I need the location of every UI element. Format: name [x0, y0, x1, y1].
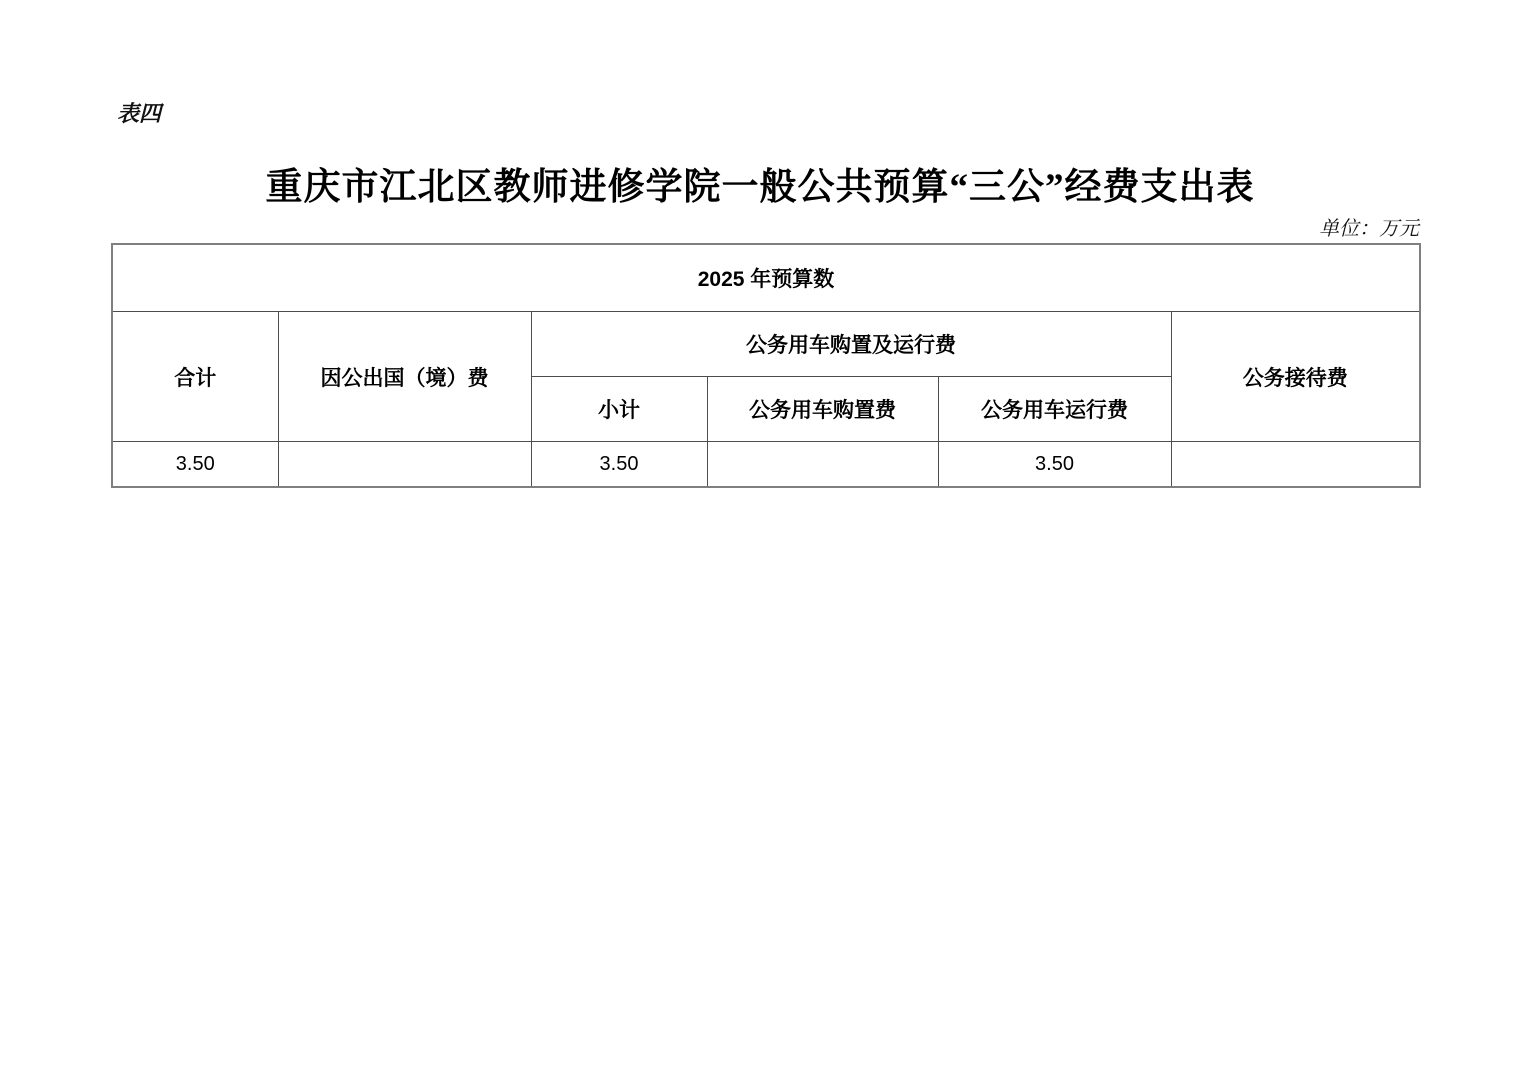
col-header-vehicle-purchase: 公务用车购置费	[707, 377, 938, 442]
unit-note: 单位：万元	[1319, 212, 1419, 241]
value-vehicle-purchase	[707, 442, 938, 488]
value-reception-fee	[1171, 442, 1420, 488]
col-header-vehicle-operation: 公务用车运行费	[938, 377, 1171, 442]
year-header-cell: 2025 年预算数	[112, 244, 1420, 312]
table-row-data: 3.50 3.50 3.50	[112, 442, 1420, 488]
col-header-vehicle-subtotal: 小计	[531, 377, 707, 442]
col-header-abroad-fee: 因公出国（境）费	[278, 312, 531, 442]
table-row-header-top: 合计 因公出国（境）费 公务用车购置及运行费 公务接待费	[112, 312, 1420, 377]
table-number-label: 表四	[117, 97, 161, 128]
value-vehicle-subtotal: 3.50	[531, 442, 707, 488]
col-header-vehicle-group: 公务用车购置及运行费	[531, 312, 1171, 377]
budget-table: 2025 年预算数 合计 因公出国（境）费 公务用车购置及运行费 公务接待费 小…	[111, 243, 1421, 488]
value-abroad-fee	[278, 442, 531, 488]
page-title: 重庆市江北区教师进修学院一般公共预算“三公”经费支出表	[0, 156, 1520, 210]
value-vehicle-operation: 3.50	[938, 442, 1171, 488]
col-header-total: 合计	[112, 312, 278, 442]
table-row-year-header: 2025 年预算数	[112, 244, 1420, 312]
value-total: 3.50	[112, 442, 278, 488]
document-page: 表四 重庆市江北区教师进修学院一般公共预算“三公”经费支出表 单位：万元 202…	[0, 0, 1520, 1074]
col-header-reception-fee: 公务接待费	[1171, 312, 1420, 442]
